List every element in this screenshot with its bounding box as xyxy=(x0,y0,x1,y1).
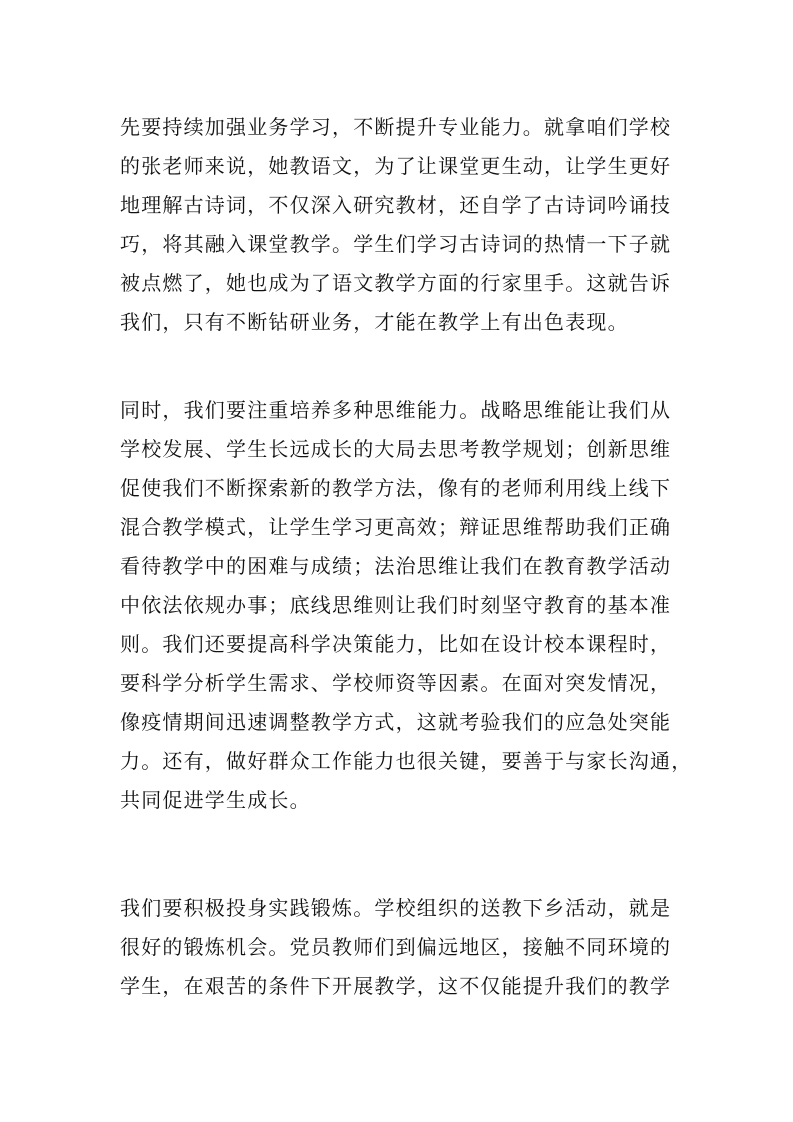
text-line: 我们，只有不断钻研业务，才能在教学上有出色表现。 xyxy=(120,303,700,342)
text-line: 促使我们不断探索新的教学方法，像有的老师利用线上线下 xyxy=(120,469,700,508)
text-line: 很好的锻炼机会。党员教师们到偏远地区，接触不同环境的 xyxy=(120,928,700,967)
text-line: 巧，将其融入课堂教学。学生们学习古诗词的热情一下子就 xyxy=(120,225,700,264)
text-line: 看待教学中的困难与成绩；法治思维让我们在教育教学活动 xyxy=(120,547,700,586)
text-line: 混合教学模式，让学生学习更高效；辩证思维帮助我们正确 xyxy=(120,508,700,547)
text-line: 地理解古诗词，不仅深入研究教材，还自学了古诗词吟诵技 xyxy=(120,186,700,225)
text-line: 学生，在艰苦的条件下开展教学，这不仅能提升我们的教学 xyxy=(120,967,700,1006)
paragraph-practice: 我们要积极投身实践锻炼。学校组织的送教下乡活动，就是 很好的锻炼机会。党员教师们… xyxy=(120,889,700,1006)
text-line: 我们要积极投身实践锻炼。学校组织的送教下乡活动，就是 xyxy=(120,889,700,928)
text-line: 要科学分析学生需求、学校师资等因素。在面对突发情况， xyxy=(120,664,700,703)
document-page: 先要持续加强业务学习，不断提升专业能力。就拿咱们学校 的张老师来说，她教语文，为… xyxy=(0,0,793,1122)
text-line: 学校发展、学生长远成长的大局去思考教学规划；创新思维 xyxy=(120,430,700,469)
paragraph-professional-study: 先要持续加强业务学习，不断提升专业能力。就拿咱们学校 的张老师来说，她教语文，为… xyxy=(120,108,700,342)
paragraph-thinking-abilities: 同时，我们要注重培养多种思维能力。战略思维能让我们从 学校发展、学生长远成长的大… xyxy=(120,391,700,820)
text-line: 共同促进学生成长。 xyxy=(120,781,700,820)
text-line: 被点燃了，她也成为了语文教学方面的行家里手。这就告诉 xyxy=(120,264,700,303)
text-line: 的张老师来说，她教语文，为了让课堂更生动，让学生更好 xyxy=(120,147,700,186)
text-line: 先要持续加强业务学习，不断提升专业能力。就拿咱们学校 xyxy=(120,108,700,147)
text-line: 像疫情期间迅速调整教学方式，这就考验我们的应急处突能 xyxy=(120,703,700,742)
text-line: 则。我们还要提高科学决策能力，比如在设计校本课程时， xyxy=(120,625,700,664)
text-line: 中依法依规办事；底线思维则让我们时刻坚守教育的基本准 xyxy=(120,586,700,625)
text-line: 力。还有，做好群众工作能力也很关键，要善于与家长沟通， xyxy=(120,742,700,781)
text-line: 同时，我们要注重培养多种思维能力。战略思维能让我们从 xyxy=(120,391,700,430)
